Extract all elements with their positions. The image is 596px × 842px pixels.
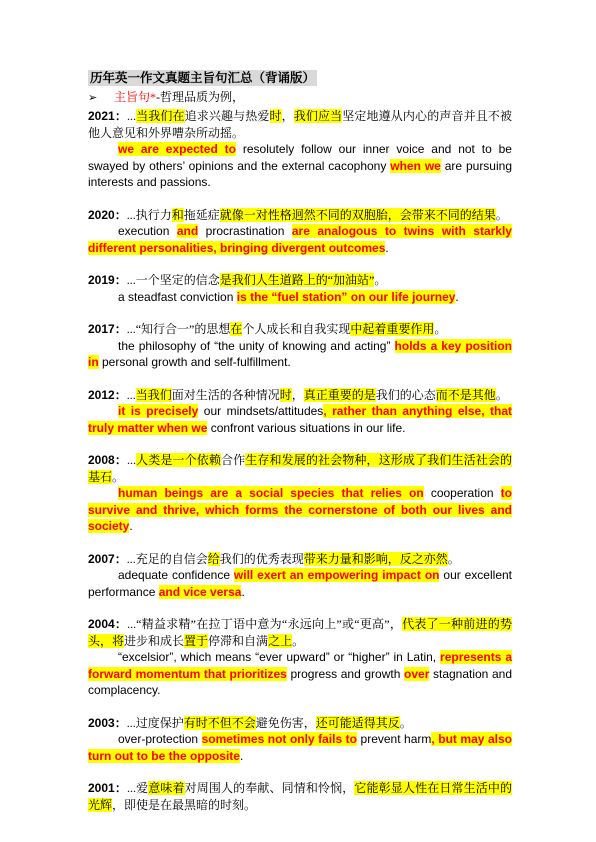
text-run: 对周围人的奉献、同情和怜悯，: [185, 781, 355, 795]
text-run: ...充足的自信会: [127, 552, 208, 566]
text-run: ...爱: [127, 781, 148, 795]
text-run: 。: [400, 716, 412, 730]
text-run: 。: [496, 208, 508, 222]
text-run: 停滞和自满: [208, 634, 268, 648]
text-run: 面对生活的各种情况: [172, 388, 280, 402]
text-run: procrastination: [198, 224, 292, 238]
highlighted-run: 中起着重要作用: [350, 322, 434, 336]
entry-2003: 2003：...过度保护有时不但不会避免伤害，还可能适得其反。over-prot…: [88, 715, 512, 765]
text-run: 进步和成长: [124, 634, 184, 648]
text-run: ...执行力: [127, 208, 172, 222]
entry-2019: 2019：...一个坚定的信念是我们人生道路上的“加油站”。a steadfas…: [88, 272, 512, 305]
key-phrase-run: and vice versa: [159, 585, 242, 599]
entry-2004: 2004：...“精益求精”在拉丁语中意为“永远向上”或“更高”，代表了一种前进…: [88, 616, 512, 699]
highlighted-run: 而不是其他: [436, 388, 496, 402]
chinese-sentence: 2001：...爱意味着对周围人的奉献、同情和怜悯，它能彰显人性在日常生活中的光…: [88, 780, 512, 813]
key-phrase-run: we are expected to: [118, 142, 236, 156]
text-run: .: [385, 241, 388, 255]
english-translation: execution and procrastination are analog…: [88, 223, 512, 256]
highlighted-run: 在: [230, 322, 242, 336]
bullet-label-red: 主旨句*: [114, 90, 156, 104]
entry-2020: 2020：...执行力和拖延症就像一对性格迥然不同的双胞胎，会带来不同的结果。e…: [88, 207, 512, 257]
key-phrase-run: will exert an empowering impact on: [234, 568, 440, 582]
text-run: over-protection: [118, 732, 202, 746]
year-label: 2019：: [88, 273, 127, 287]
highlighted-run: 时: [270, 109, 282, 123]
english-translation: it is precisely our mindsets/attitudes, …: [88, 403, 512, 436]
text-run: 。: [448, 552, 460, 566]
document-content: 历年英一作文真题主旨句汇总（背诵版） ➢主旨句*-哲理品质为例， 2021：..…: [88, 70, 512, 829]
title-line: 历年英一作文真题主旨句汇总（背诵版）: [88, 70, 512, 87]
text-run: 避免伤害，: [256, 716, 316, 730]
text-run: .: [129, 519, 132, 533]
page-title: 历年英一作文真题主旨句汇总（背诵版）: [88, 70, 317, 86]
text-run: ...: [127, 388, 136, 402]
highlighted-run: 给: [208, 552, 220, 566]
text-run: cooperation: [424, 486, 501, 500]
chinese-sentence: 2017：...“知行合一”的思想在个人成长和自我实现中起着重要作用。: [88, 321, 512, 338]
text-run: ，: [292, 388, 304, 402]
chinese-sentence: 2020：...执行力和拖延症就像一对性格迥然不同的双胞胎，会带来不同的结果。: [88, 207, 512, 224]
year-label: 2021：: [88, 109, 127, 123]
chinese-sentence: 2003：...过度保护有时不但不会避免伤害，还可能适得其反。: [88, 715, 512, 732]
chinese-sentence: 2007：...充足的自信会给我们的优秀表现带来力量和影响，反之亦然。: [88, 551, 512, 568]
text-run: prevent harm: [357, 732, 431, 746]
entry-2007: 2007：...充足的自信会给我们的优秀表现带来力量和影响，反之亦然。adequ…: [88, 551, 512, 601]
highlighted-run: 带来力量和影响，反之亦然: [304, 552, 448, 566]
text-run: 。: [292, 634, 304, 648]
text-run: ...: [127, 453, 136, 467]
english-translation: the philosophy of “the unity of knowing …: [88, 338, 512, 371]
text-run: ...过度保护: [127, 716, 184, 730]
highlighted-run: 之上: [268, 634, 292, 648]
year-label: 2007：: [88, 552, 127, 566]
key-phrase-run: it is precisely: [118, 404, 198, 418]
key-phrase-run: when we: [390, 159, 441, 173]
english-translation: we are expected to resolutely follow our…: [88, 141, 512, 191]
text-run: a steadfast conviction: [118, 290, 237, 304]
key-phrase-run: and: [177, 224, 198, 238]
text-run: ...: [127, 109, 136, 123]
year-label: 2001：: [88, 781, 127, 795]
entries-list: 2021：...当我们在追求兴趣与热爱时，我们应当坚定地遵从内心的声音并且不被他…: [88, 108, 512, 813]
chinese-sentence: 2012：...当我们面对生活的各种情况时，真正重要的是我们的心态而不是其他。: [88, 387, 512, 404]
arrow-bullet-icon: ➢: [88, 90, 114, 107]
year-label: 2008：: [88, 453, 127, 467]
text-run: 。: [112, 470, 124, 484]
document-page: 历年英一作文真题主旨句汇总（背诵版） ➢主旨句*-哲理品质为例， 2021：..…: [0, 0, 596, 842]
key-phrase-run: over: [404, 667, 429, 681]
text-run: the philosophy of “the unity of knowing …: [118, 339, 395, 353]
bullet-line: ➢主旨句*-哲理品质为例，: [88, 89, 512, 107]
english-translation: adequate confidence will exert an empowe…: [88, 567, 512, 600]
text-run: 个人成长和自我实现: [242, 322, 350, 336]
entry-2017: 2017：...“知行合一”的思想在个人成长和自我实现中起着重要作用。the p…: [88, 321, 512, 371]
text-run: 合作: [221, 453, 245, 467]
text-run: adequate confidence: [118, 568, 234, 582]
text-run: .: [240, 749, 243, 763]
english-translation: “excelsior”, which means “ever upward” o…: [88, 649, 512, 699]
text-run: .: [455, 290, 458, 304]
english-translation: over-protection sometimes not only fails…: [88, 731, 512, 764]
chinese-sentence: 2021：...当我们在追求兴趣与热爱时，我们应当坚定地遵从内心的声音并且不被他…: [88, 108, 512, 141]
text-run: 。: [374, 273, 386, 287]
key-phrase-run: sometimes not only fails to: [202, 732, 357, 746]
entry-2008: 2008：...人类是一个依赖合作生存和发展的社会物种，这形成了我们生活社会的基…: [88, 452, 512, 535]
text-run: ...“精益求精”在拉丁语中意为“永远向上”或“更高”，: [127, 617, 402, 631]
text-run: 我们的心态: [376, 388, 436, 402]
text-run: personal growth and self-fulfillment.: [99, 355, 291, 369]
highlighted-run: 真正重要的是: [304, 388, 376, 402]
highlighted-run: 意味着: [148, 781, 184, 795]
text-run: ，即使是在最黑暗的时刻。: [112, 798, 256, 812]
highlighted-run: 置于: [184, 634, 208, 648]
year-label: 2004：: [88, 617, 127, 631]
highlighted-run: 是我们人生道路上的“加油站”: [220, 273, 375, 287]
year-label: 2012：: [88, 388, 127, 402]
text-run: 追求兴趣与热爱: [185, 109, 270, 123]
english-translation: a steadfast conviction is the “fuel stat…: [88, 289, 512, 306]
key-phrase-run: is the “fuel station” on our life journe…: [237, 290, 456, 304]
entry-2021: 2021：...当我们在追求兴趣与热爱时，我们应当坚定地遵从内心的声音并且不被他…: [88, 108, 512, 191]
key-phrase-run: human beings are a social species that r…: [118, 486, 424, 500]
text-run: “excelsior”, which means “ever upward” o…: [118, 650, 440, 664]
text-run: 我们的优秀表现: [220, 552, 304, 566]
text-run: .: [241, 585, 244, 599]
highlighted-run: 当我们: [136, 388, 172, 402]
highlighted-run: 人类是一个依赖: [136, 453, 221, 467]
year-label: 2020：: [88, 208, 127, 222]
text-run: 。: [434, 322, 446, 336]
year-label: 2003：: [88, 716, 127, 730]
text-run: our mindsets/attitudes: [198, 404, 323, 418]
text-run: 拖延症: [184, 208, 220, 222]
chinese-sentence: 2019：...一个坚定的信念是我们人生道路上的“加油站”。: [88, 272, 512, 289]
highlighted-run: 和: [172, 208, 184, 222]
highlighted-run: 时: [280, 388, 292, 402]
chinese-sentence: 2008：...人类是一个依赖合作生存和发展的社会物种，这形成了我们生活社会的基…: [88, 452, 512, 485]
text-run: 。: [496, 388, 508, 402]
entry-2012: 2012：...当我们面对生活的各种情况时，真正重要的是我们的心态而不是其他。i…: [88, 387, 512, 437]
highlighted-run: 就像一对性格迥然不同的双胞胎，会带来不同的结果: [220, 208, 496, 222]
text-run: progress and growth: [287, 667, 404, 681]
entry-2001: 2001：...爱意味着对周围人的奉献、同情和怜悯，它能彰显人性在日常生活中的光…: [88, 780, 512, 813]
english-translation: human beings are a social species that r…: [88, 485, 512, 535]
text-run: execution: [118, 224, 177, 238]
highlighted-run: 有时不但不会: [184, 716, 256, 730]
text-run: ，: [282, 109, 294, 123]
text-run: ...“知行合一”的思想: [127, 322, 231, 336]
year-label: 2017：: [88, 322, 127, 336]
text-run: confront various situations in our life.: [207, 421, 405, 435]
chinese-sentence: 2004：...“精益求精”在拉丁语中意为“永远向上”或“更高”，代表了一种前进…: [88, 616, 512, 649]
highlighted-run: 还可能适得其反: [316, 716, 400, 730]
highlighted-run: 当我们在: [136, 109, 185, 123]
bullet-label-black: -哲理品质为例，: [156, 90, 244, 104]
highlighted-run: 我们应当: [294, 109, 343, 123]
text-run: ...一个坚定的信念: [127, 273, 220, 287]
